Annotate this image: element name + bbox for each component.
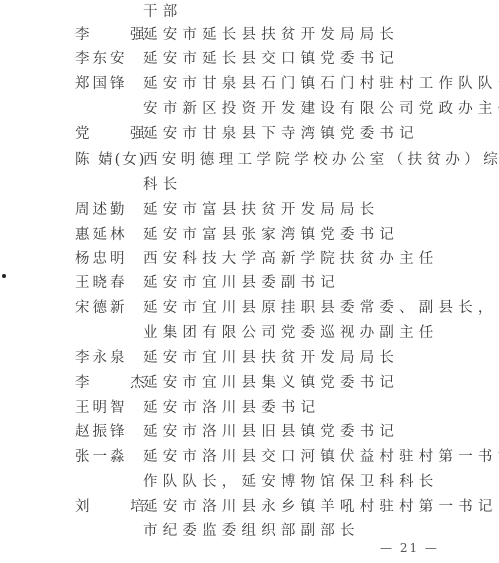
position-text: 延安市宜川县委副书记 — [143, 272, 340, 294]
position-text: 延安市宜川县扶贫开发局局长 — [143, 347, 399, 369]
person-name: 王晓春 — [75, 272, 128, 294]
position-text: 延安市洛川县旧县镇党委书记 — [143, 421, 399, 443]
position-text: 西安明德理工学院学校办公室（扶贫办）综合科 — [143, 149, 499, 171]
position-text-cont: 市纪委监委组织部副部长 — [143, 520, 360, 542]
person-name: 杨忠明 — [75, 248, 128, 270]
person-name: 郑国锋 — [75, 73, 128, 95]
position-text: 延安市洛川县交口河镇伏益村驻村第一书记兼工 — [143, 446, 499, 468]
position-text: 延安市富县张家湾镇党委书记 — [143, 224, 399, 246]
person-name: 李永泉 — [75, 347, 128, 369]
person-name: 张一淼 — [75, 446, 128, 468]
position-text-cont: 作队队长，延安博物馆保卫科科长 — [143, 471, 439, 493]
person-name: 周述勤 — [75, 199, 128, 221]
position-text: 延安市延长县扶贫开发局局长 — [143, 24, 399, 46]
position-text-cont: 业集团有限公司党委巡视办副主任 — [143, 322, 439, 344]
position-text: 延安市甘泉县石门镇石门村驻村工作队队长，延 — [143, 73, 499, 95]
page-number: — 21 — — [380, 541, 439, 555]
position-text: 延安市洛川县委书记 — [143, 397, 320, 419]
position-text-cont: 安市新区投资开发建设有限公司党政办主任 — [143, 98, 499, 120]
person-name: 王明智 — [75, 397, 128, 419]
person-name: 惠延林 — [75, 224, 128, 246]
position-text: 延安市宜川县原挂职县委常委、副县长，中国盐 — [143, 297, 499, 319]
position-text: 延安市富县扶贫开发局局长 — [143, 199, 379, 221]
person-name: 陈 婧(女) — [75, 149, 146, 171]
position-text-cont: 科长 — [143, 174, 182, 196]
position-text: 延安市宜川县集义镇党委书记 — [143, 372, 399, 394]
position-text: 延安市甘泉县下寺湾镇党委书记 — [143, 123, 419, 145]
person-name: 李东安 — [75, 48, 128, 70]
continuation-text: 干部 — [143, 1, 182, 23]
position-text: 延安市洛川县永乡镇羊吼村驻村第一书记，延安 — [143, 496, 499, 518]
document-page: 干部 李 强 延安市延长县扶贫开发局局长 李东安 延安市延长县交口镇党委书记 郑… — [0, 0, 499, 563]
person-name: 赵振锋 — [75, 421, 128, 443]
position-text: 延安市延长县交口镇党委书记 — [143, 48, 399, 70]
person-name: 宋德新 — [75, 297, 128, 319]
position-text: 西安科技大学高新学院扶贫办主任 — [143, 248, 439, 270]
